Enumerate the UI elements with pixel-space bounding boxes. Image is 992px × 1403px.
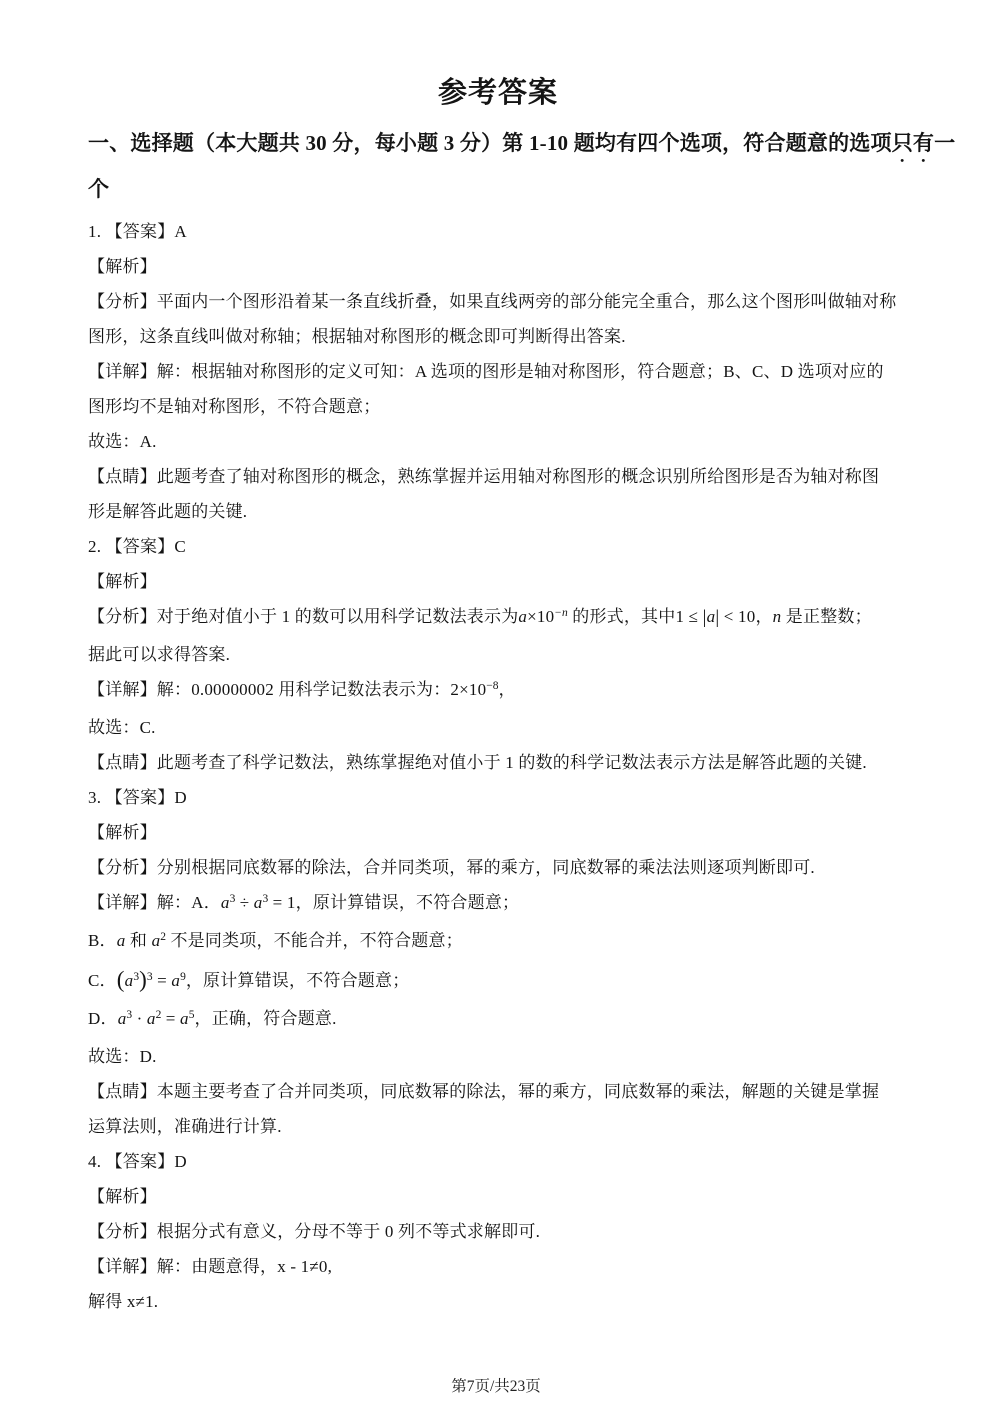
text-line: 运算法则，准确进行计算. <box>88 1113 908 1140</box>
text-line: 【点睛】本题主要考查了合并同类项，同底数幂的除法，幂的乘方，同底数幂的乘法，解题… <box>88 1078 908 1105</box>
section-heading: 一、选择题（本大题共 30 分，每小题 3 分）第 1-10 题均有四个选项，符… <box>88 121 908 211</box>
text-line: 解得 x≠1. <box>88 1288 908 1315</box>
text-line: 【详解】解：0.00000002 用科学记数法表示为：2×10−8， <box>88 676 908 706</box>
text-line: 【分析】对于绝对值小于 1 的数可以用科学记数法表示为a×10−n 的形式，其中… <box>88 603 908 633</box>
text-line: 【解析】 <box>88 253 908 280</box>
heading-line2: 个 <box>88 177 109 201</box>
text-line: 形是解答此题的关键. <box>88 498 908 525</box>
text-line: 【点睛】此题考查了科学记数法，熟练掌握绝对值小于 1 的数的科学记数法表示方法是… <box>88 749 908 776</box>
text-line: 【详解】解：根据轴对称图形的定义可知：A 选项的图形是轴对称图形，符合题意；B、… <box>88 358 908 385</box>
text-line: C．(a3)3 = a9，原计算错误，不符合题意； <box>88 965 908 997</box>
text-line: 【分析】分别根据同底数幂的除法，合并同类项，幂的乘方，同底数幂的乘法法则逐项判断… <box>88 854 908 881</box>
text-line: 【解析】 <box>88 819 908 846</box>
text-line: 【解析】 <box>88 1183 908 1210</box>
text-line: 3. 【答案】D <box>88 784 908 811</box>
text-line: 故选：A. <box>88 428 908 455</box>
document-page: 参考答案 一、选择题（本大题共 30 分，每小题 3 分）第 1-10 题均有四… <box>0 0 992 1403</box>
page-footer: 第7页/共23页 <box>0 1374 992 1396</box>
text-line: 据此可以求得答案. <box>88 641 908 668</box>
text-line: 1. 【答案】A <box>88 218 908 245</box>
text-line: B．a 和 a2 不是同类项，不能合并，不符合题意； <box>88 927 908 957</box>
text-line: 【详解】解：A．a3 ÷ a3 = 1，原计算错误，不符合题意； <box>88 889 908 919</box>
text-line: D．a3 · a2 = a5，正确，符合题意. <box>88 1005 908 1035</box>
heading-text-end: 一 <box>934 131 955 155</box>
text-line: 【详解】解：由题意得，x - 1≠0, <box>88 1253 908 1280</box>
text-line: 图形，这条直线叫做对称轴；根据轴对称图形的概念即可判断得出答案. <box>88 323 908 350</box>
text-line: 故选：C. <box>88 714 908 741</box>
page-content: 参考答案 一、选择题（本大题共 30 分，每小题 3 分）第 1-10 题均有四… <box>88 76 908 1323</box>
text-line: 故选：D. <box>88 1043 908 1070</box>
text-line: 【解析】 <box>88 568 908 595</box>
text-line: 图形均不是轴对称图形，不符合题意； <box>88 393 908 420</box>
page-title: 参考答案 <box>88 76 908 110</box>
text-line: 【分析】平面内一个图形沿着某一条直线折叠，如果直线两旁的部分能完全重合，那么这个… <box>88 288 908 315</box>
text-line: 【分析】根据分式有意义，分母不等于 0 列不等式求解即可. <box>88 1218 908 1245</box>
text-line: 【点睛】此题考查了轴对称图形的概念，熟练掌握并运用轴对称图形的概念识别所给图形是… <box>88 463 908 490</box>
text-line: 4. 【答案】D <box>88 1148 908 1175</box>
heading-emphasized-text: 只有 <box>892 131 934 155</box>
text-line: 2. 【答案】C <box>88 533 908 560</box>
answer-lines: 1. 【答案】A【解析】【分析】平面内一个图形沿着某一条直线折叠，如果直线两旁的… <box>88 218 908 1315</box>
heading-text: 一、选择题（本大题共 30 分，每小题 3 分）第 1-10 题均有四个选项，符… <box>88 131 892 155</box>
